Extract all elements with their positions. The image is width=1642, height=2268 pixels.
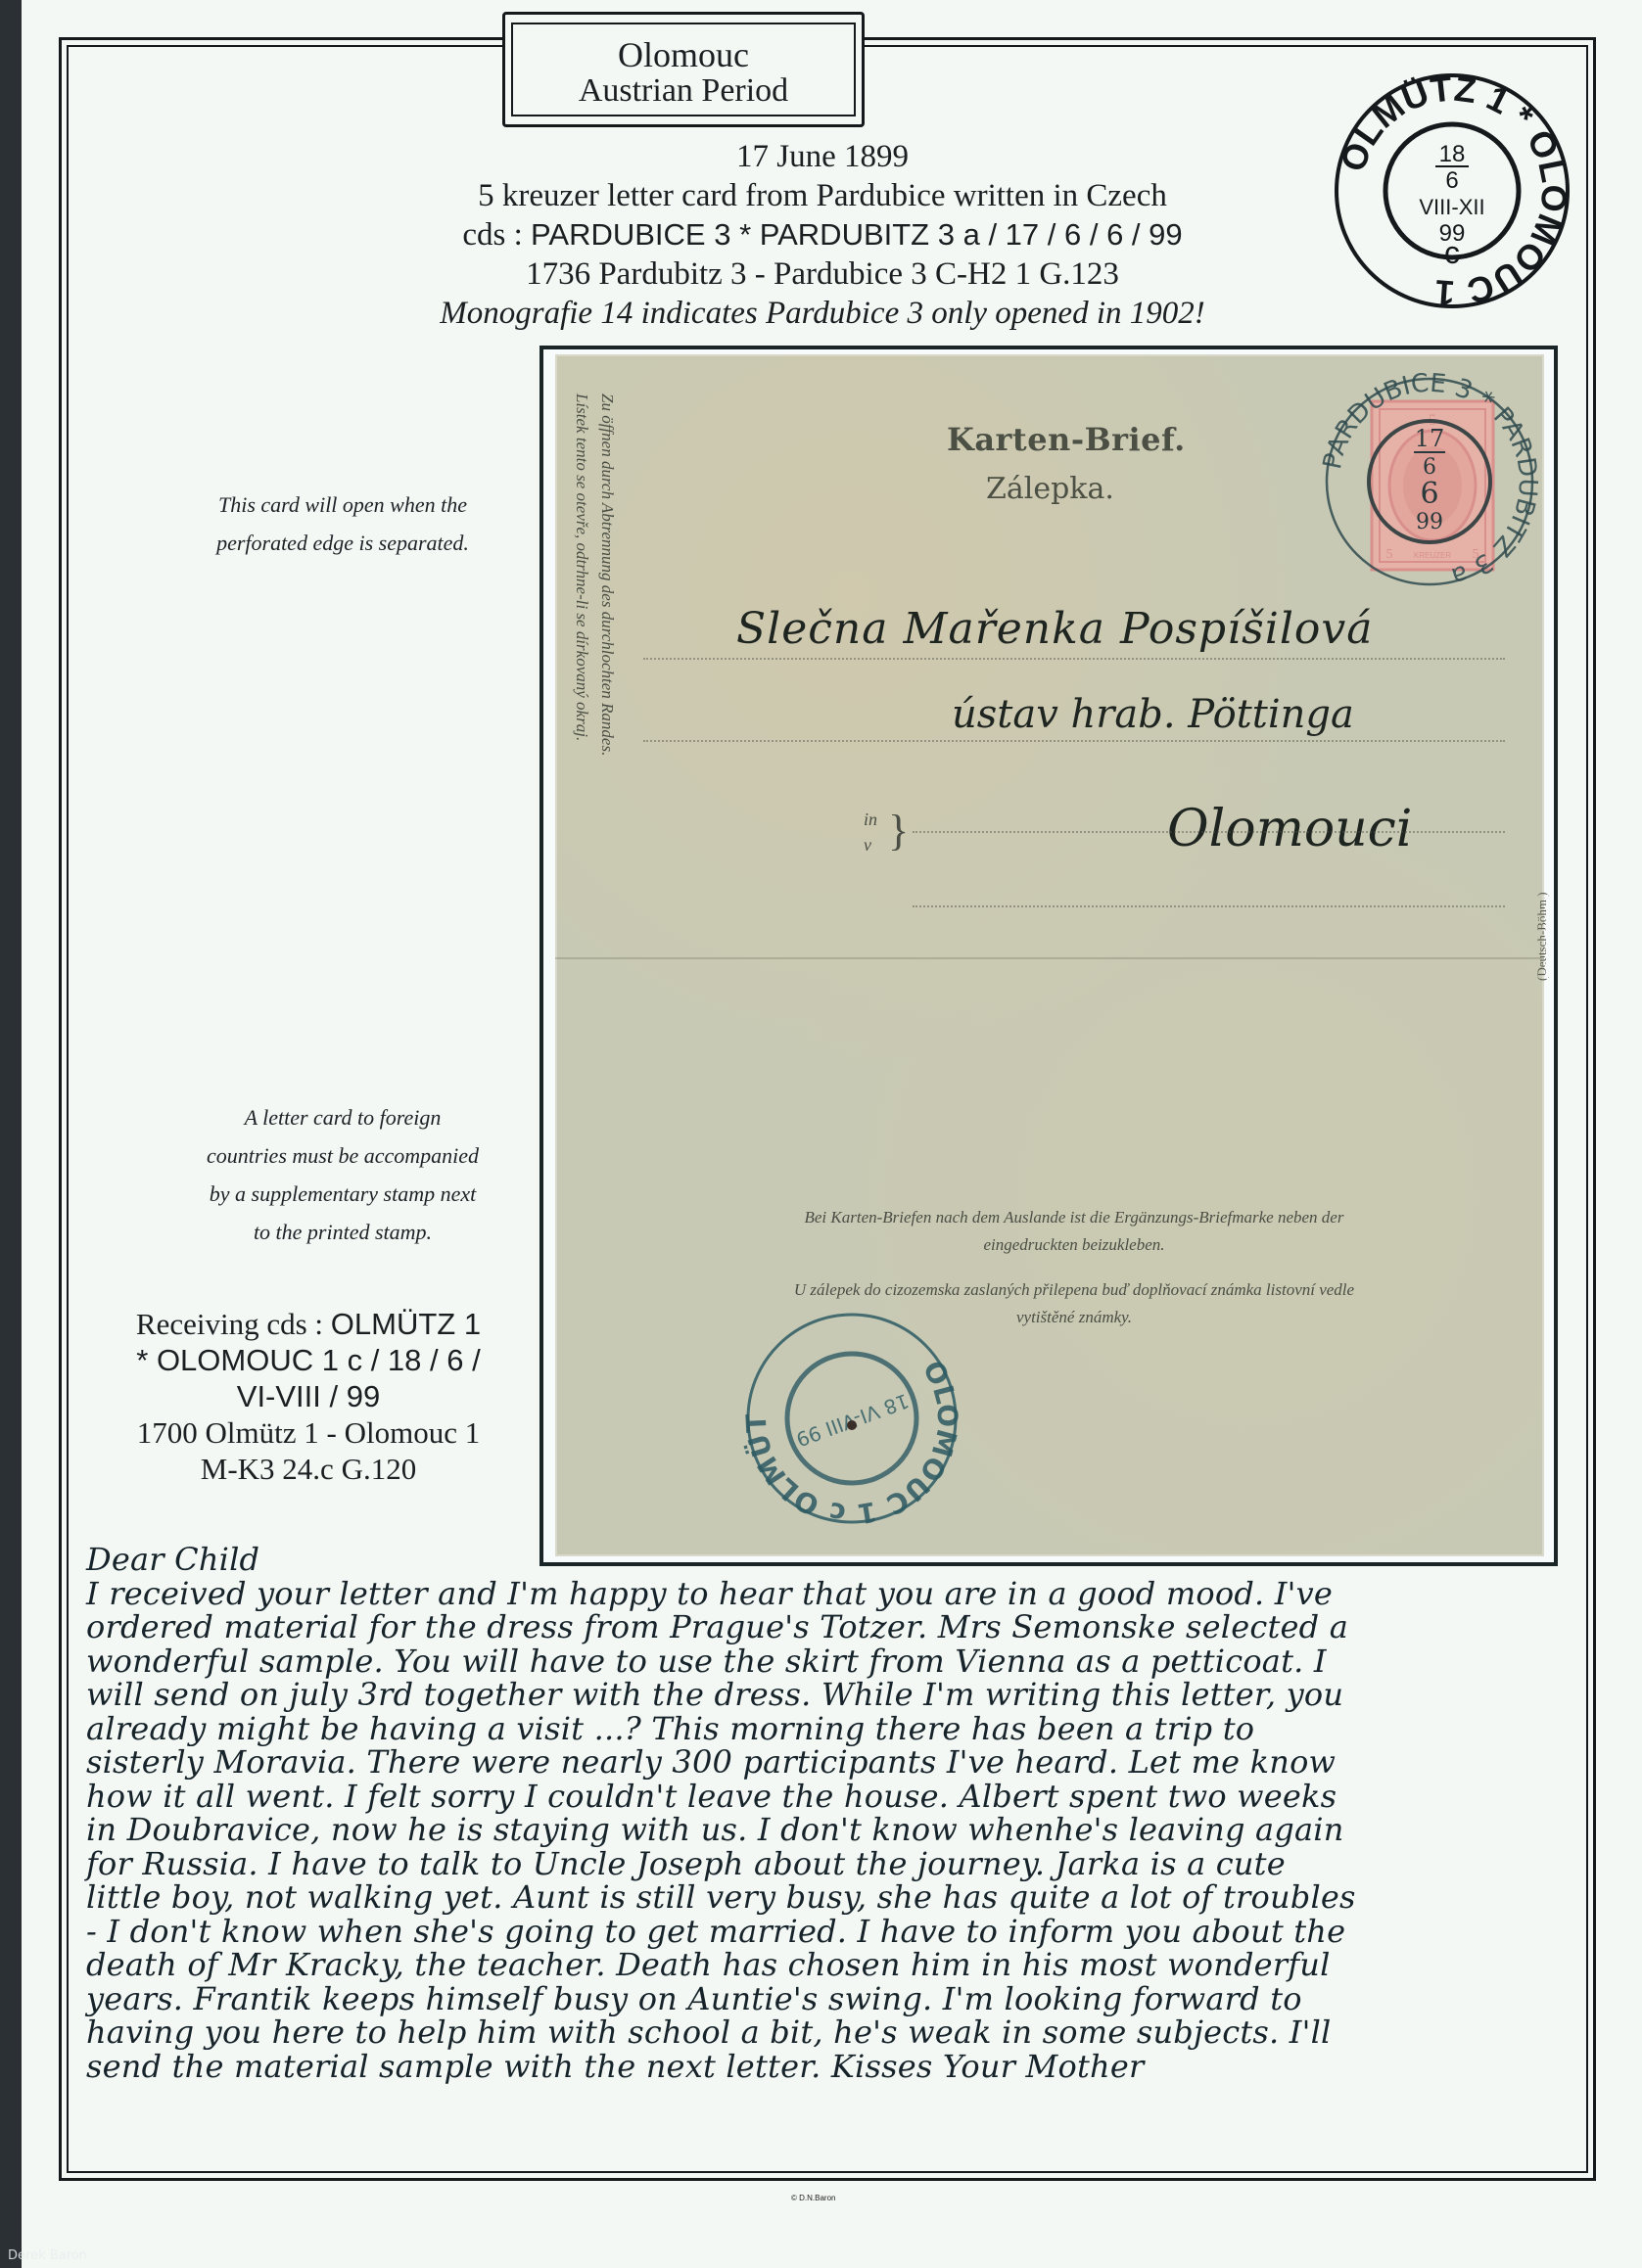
letter-line: years. Frantik keeps himself busy on Aun… [86,1982,1594,2016]
item-summary: 5 kreuzer letter card from Pardubice wri… [333,176,1312,215]
cds-line: cds : PARDUBICE 3 * PARDUBITZ 3 a / 17 /… [333,215,1312,255]
receiving-postmark-illustration: OLMÜTZ 1 * OLOMOUC 1 c 18 6 VIII-XII 99 [1330,69,1574,313]
watermark: Derek Baron [8,2248,87,2263]
origin-postmark: PARDUBICE 3 * PARDUBITZ 3 a 17 6 6 99 [1312,364,1547,599]
note-perforation: This card will open when the perforated … [147,486,539,562]
svg-text:18: 18 [1439,141,1466,167]
item-description: 17 June 1899 5 kreuzer letter card from … [333,137,1312,333]
letter-line: death of Mr Kracky, the teacher. Death h… [86,1948,1594,1982]
letter-line: - I don't know when she's going to get m… [86,1915,1594,1949]
item-date: 17 June 1899 [333,137,1312,176]
letter-line: little boy, not walking yet. Aunt is sti… [86,1880,1594,1915]
copyright: © D.N.Baron [791,2194,835,2202]
letter-line: having you here to help him with school … [86,2015,1594,2050]
brace-icon: } [888,807,909,856]
svg-text:6: 6 [1420,477,1438,511]
svg-text:18 VI-VIII 99: 18 VI-VIII 99 [793,1389,913,1452]
opening-instructions: Zu öffnen durch Abtrennung des durchloch… [561,393,620,903]
svg-text:17: 17 [1415,425,1445,452]
card-title-czech: Zálepka. [986,472,1114,506]
letter-line: already might be having a visit ...? Thi… [86,1712,1594,1746]
svg-text:99: 99 [1439,220,1466,247]
letter-line: wonderful sample. You will have to use t… [86,1644,1594,1679]
receiving-cds-description: Receiving cds : OLMÜTZ 1 * OLOMOUC 1 c /… [78,1306,539,1487]
title-box: Olomouc Austrian Period [502,12,865,127]
svg-text:99: 99 [1416,510,1443,534]
page-subtitle: Austrian Period [513,73,854,109]
letter-closing: send the material sample with the next l… [86,2050,1594,2084]
letter-line: sisterly Moravia. There were nearly 300 … [86,1745,1594,1780]
printer-note: (Deutsch-Böhm.) [1534,892,1550,981]
note-foreign-postage: A letter card to foreign countries must … [147,1098,539,1251]
svg-text:6: 6 [1445,167,1458,194]
arrival-postmark: OLOMOUC 1 c OLMÜTZ 1 18 VI-VIII 99 [725,1306,979,1531]
letter-line: I received your letter and I'm happy to … [86,1577,1594,1611]
address-city: Olomouci [1167,800,1412,858]
destination-label: in v [864,807,877,857]
catalogue-ref: 1736 Pardubitz 3 - Pardubice 3 C-H2 1 G.… [333,255,1312,294]
address-rule [913,905,1505,907]
address-institution: ústav hrab. Pöttinga [952,692,1354,737]
address-rule [643,658,1505,660]
remark: Monografie 14 indicates Pardubice 3 only… [333,294,1312,333]
address-rule [643,740,1505,742]
letter-line: will send on july 3rd together with the … [86,1678,1594,1712]
letter-line: in Doubravice, now he is staying with us… [86,1813,1594,1847]
address-name: Slečna Mařenka Pospíšilová [736,604,1373,654]
address-rule [913,831,1505,833]
svg-text:VIII-XII: VIII-XII [1419,195,1484,219]
cds-value: PARDUBICE 3 * PARDUBITZ 3 a / 17 / 6 / 6… [531,217,1183,252]
page-title: Olomouc [513,36,854,73]
letter-line: for Russia. I have to talk to Uncle Jose… [86,1847,1594,1881]
card-title-german: Karten-Brief. [947,421,1186,458]
letter-greeting: Dear Child [86,1543,1594,1577]
scan-edge [0,0,22,2268]
letter-transcription: Dear Child I received your letter and I'… [86,1543,1594,2083]
letter-line: how it all went. I felt sorry I couldn't… [86,1780,1594,1814]
perforation-fold [555,957,1544,959]
letter-line: ordered material for the dress from Prag… [86,1610,1594,1644]
